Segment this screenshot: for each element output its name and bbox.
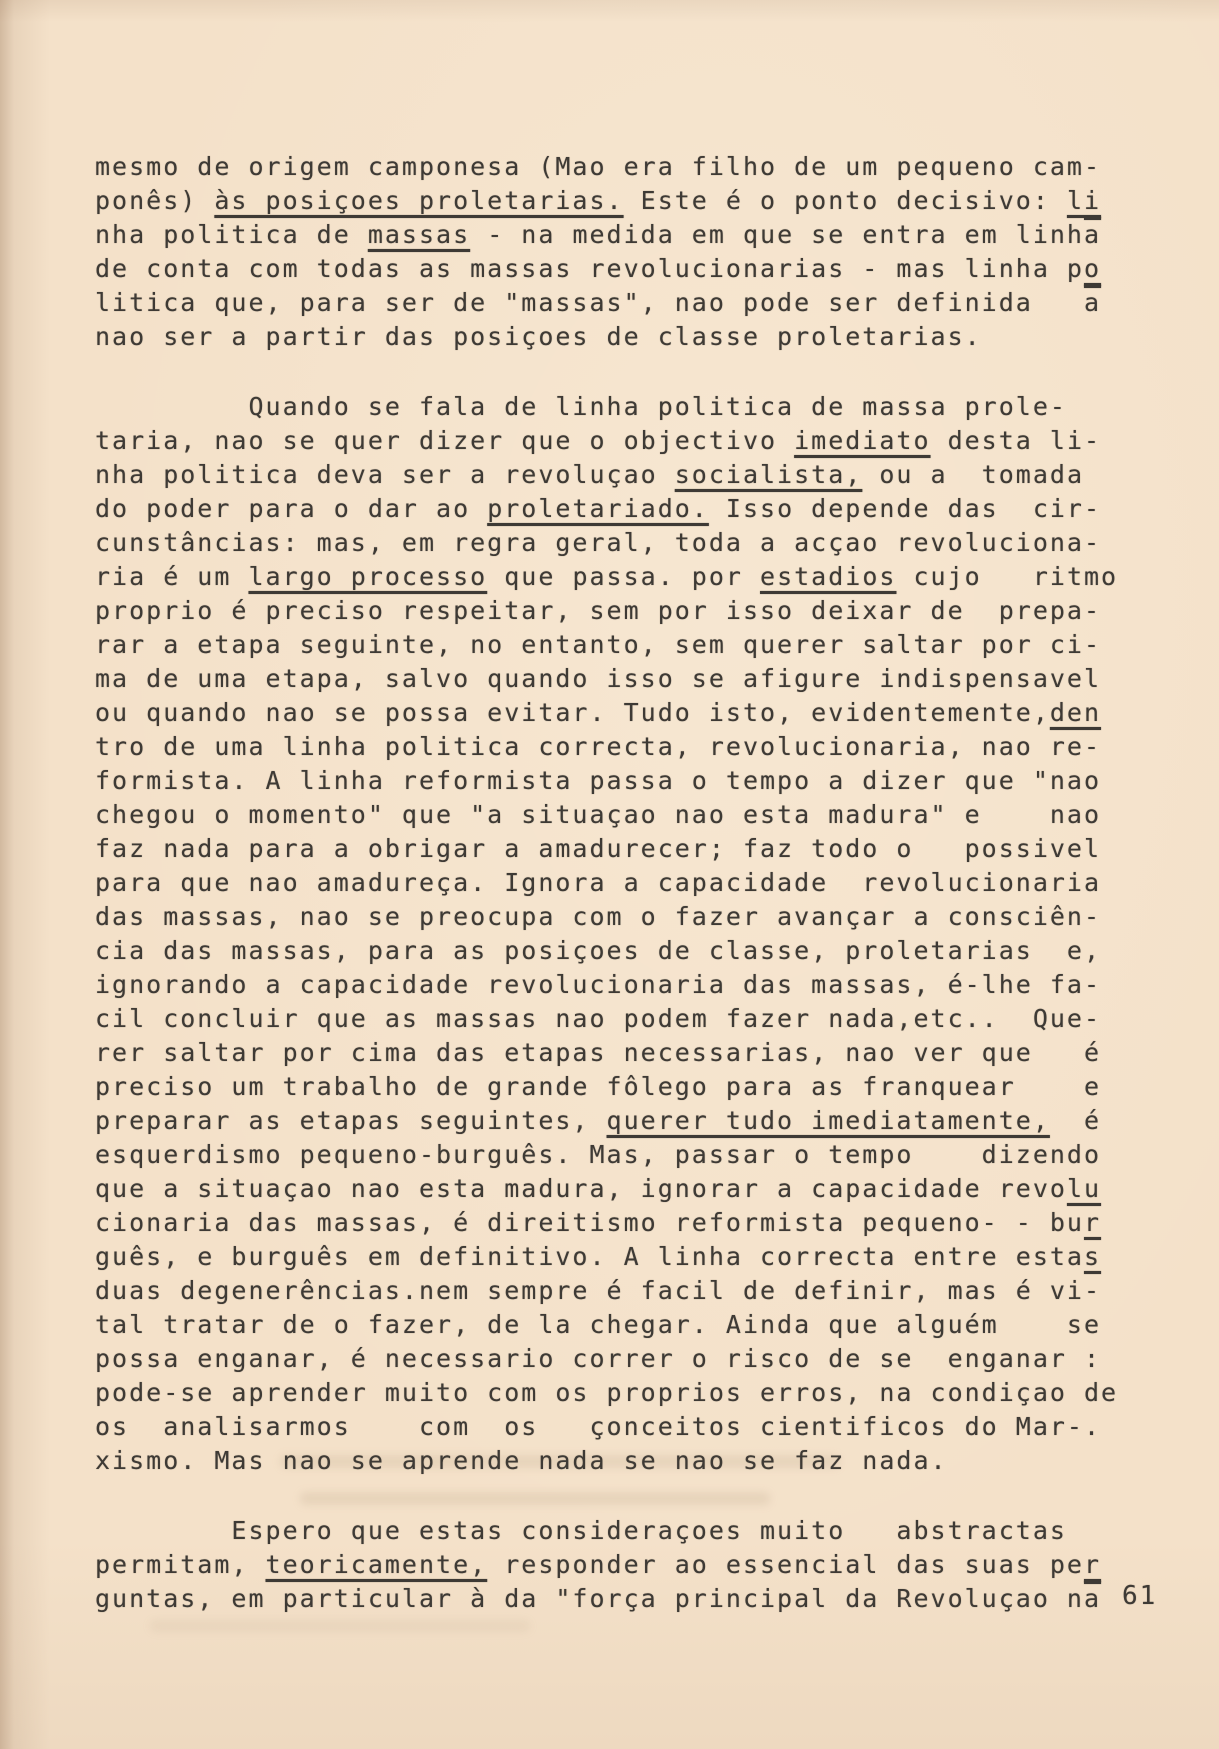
text-line: Espero que estas consideraçoes muito abs… [95, 1514, 1135, 1548]
text-line: rar a etapa seguinte, no entanto, sem qu… [95, 628, 1135, 662]
text-line: preciso um trabalho de grande fôlego par… [95, 1070, 1135, 1104]
text-line: faz nada para a obrigar a amadurecer; fa… [95, 832, 1135, 866]
document-text: mesmo de origem camponesa (Mao era filho… [95, 150, 1135, 1652]
text-line: esquerdismo pequeno-burguês. Mas, passar… [95, 1138, 1135, 1172]
text-line: taria, nao se quer dizer que o objectivo… [95, 424, 1135, 458]
text-line: das massas, nao se preocupa com o fazer … [95, 900, 1135, 934]
paragraph: Espero que estas consideraçoes muito abs… [95, 1514, 1135, 1616]
text-line: Quando se fala de linha politica de mass… [95, 390, 1135, 424]
text-line: cil concluir que as massas nao podem faz… [95, 1002, 1135, 1036]
text-line: duas degenerências.nem sempre é facil de… [95, 1274, 1135, 1308]
text-line: cunstâncias: mas, em regra geral, toda a… [95, 526, 1135, 560]
text-line: possa enganar, é necessario correr o ris… [95, 1342, 1135, 1376]
text-line: litica que, para ser de "massas", nao po… [95, 286, 1135, 320]
text-line: nha politica deva ser a revoluçao social… [95, 458, 1135, 492]
text-line: mesmo de origem camponesa (Mao era filho… [95, 150, 1135, 184]
text-line: proprio é preciso respeitar, sem por iss… [95, 594, 1135, 628]
text-line: para que nao amadureça. Ignora a capacid… [95, 866, 1135, 900]
text-line: tal tratar de o fazer, de la chegar. Ain… [95, 1308, 1135, 1342]
text-line: de conta com todas as massas revoluciona… [95, 252, 1135, 286]
text-line: ponês) às posiçoes proletarias. Este é o… [95, 184, 1135, 218]
text-line: ria é um largo processo que passa. por e… [95, 560, 1135, 594]
text-line: os analisarmos com os çonceitos cientifi… [95, 1410, 1135, 1444]
text-line: do poder para o dar ao proletariado. Iss… [95, 492, 1135, 526]
text-line: ignorando a capacidade revolucionaria da… [95, 968, 1135, 1002]
paragraph: mesmo de origem camponesa (Mao era filho… [95, 150, 1135, 354]
text-line: permitam, teoricamente, responder ao ess… [95, 1548, 1135, 1582]
text-line: xismo. Mas nao se aprende nada se nao se… [95, 1444, 1135, 1478]
text-line: formista. A linha reformista passa o tem… [95, 764, 1135, 798]
text-line: cia das massas, para as posiçoes de clas… [95, 934, 1135, 968]
paragraph: Quando se fala de linha politica de mass… [95, 390, 1135, 1478]
text-line: chegou o momento" que "a situaçao nao es… [95, 798, 1135, 832]
text-line: nao ser a partir das posiçoes de classe … [95, 320, 1135, 354]
text-line: nha politica de massas - na medida em qu… [95, 218, 1135, 252]
text-line: guntas, em particular à da "força princi… [95, 1582, 1135, 1616]
text-line: tro de uma linha politica correcta, revo… [95, 730, 1135, 764]
text-line: cionaria das massas, é direitismo reform… [95, 1206, 1135, 1240]
text-line: ou quando nao se possa evitar. Tudo isto… [95, 696, 1135, 730]
text-line: ma de uma etapa, salvo quando isso se af… [95, 662, 1135, 696]
page-number: 61 [1122, 1581, 1157, 1611]
text-line: que a situaçao nao esta madura, ignorar … [95, 1172, 1135, 1206]
text-line: pode-se aprender muito com os proprios e… [95, 1376, 1135, 1410]
text-line: guês, e burguês em definitivo. A linha c… [95, 1240, 1135, 1274]
text-line: preparar as etapas seguintes, querer tud… [95, 1104, 1135, 1138]
text-line: rer saltar por cima das etapas necessari… [95, 1036, 1135, 1070]
